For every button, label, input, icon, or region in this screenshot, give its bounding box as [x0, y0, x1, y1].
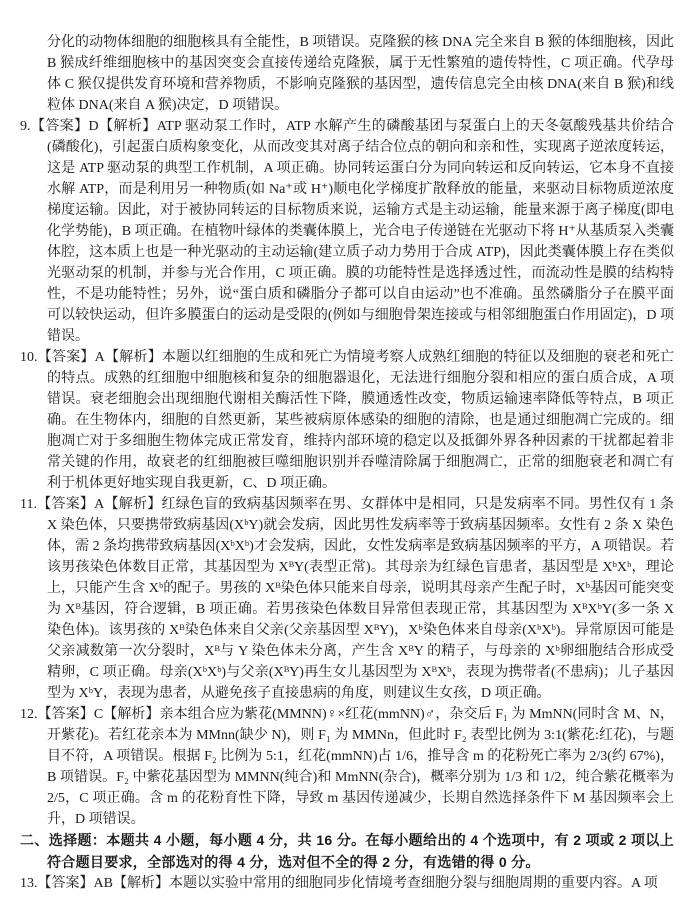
item-number: 9.	[20, 119, 31, 134]
answer-item-9: 9.【答案】D【解析】ATP 驱动泵工作时，ATP 水解产生的磷酸基团与泵蛋白上…	[20, 116, 674, 347]
section-header-text: 选择题：本题共 4 小题，每小题 4 分，共 16 分。在每小题给出的 4 个选…	[47, 832, 674, 870]
answer-key-page: 分化的动物体细胞的细胞核具有全能性，B 项错误。克隆猴的核 DNA 完全来自 B…	[0, 0, 692, 908]
answer-item-10: 10.【答案】A【解析】本题以红细胞的生成和死亡为情境考察人成熟红细胞的特征以及…	[20, 347, 674, 494]
continuation-paragraph: 分化的动物体细胞的细胞核具有全能性，B 项错误。克隆猴的核 DNA 完全来自 B…	[20, 32, 674, 116]
item-text: 【答案】A【解析】红绿色盲的致病基因频率在男、女群体中是相同，只是发病率不同。男…	[37, 497, 674, 701]
item-number: 12.	[20, 707, 38, 722]
item-number: 10.	[20, 350, 38, 365]
item-number: 11.	[20, 497, 37, 512]
answer-item-12: 12.【答案】C【解析】亲本组合应为紫花(MMNN)♀×红花(mmNN)♂，杂交…	[20, 704, 674, 830]
answer-item-11: 11.【答案】A【解析】红绿色盲的致病基因频率在男、女群体中是相同，只是发病率不…	[20, 494, 674, 704]
item-text: 【答案】A【解析】本题以红细胞的生成和死亡为情境考察人成熟红细胞的特征以及细胞的…	[38, 350, 675, 491]
answer-item-13: 13.【答案】AB【解析】本题以实验中常用的细胞同步化情境考查细胞分裂与细胞周期…	[20, 873, 674, 894]
item-text: 【答案】AB【解析】本题以实验中常用的细胞同步化情境考查细胞分裂与细胞周期的重要…	[38, 876, 658, 891]
section-2-header: 二、选择题：本题共 4 小题，每小题 4 分，共 16 分。在每小题给出的 4 …	[20, 830, 674, 873]
item-text: 【答案】D【解析】ATP 驱动泵工作时，ATP 水解产生的磷酸基团与泵蛋白上的天…	[31, 119, 675, 344]
item-number: 13.	[20, 876, 38, 891]
item-text: 【答案】C【解析】亲本组合应为紫花(MMNN)♀×红花(mmNN)♂，杂交后 F…	[38, 707, 675, 827]
section-number: 二、	[20, 832, 49, 848]
